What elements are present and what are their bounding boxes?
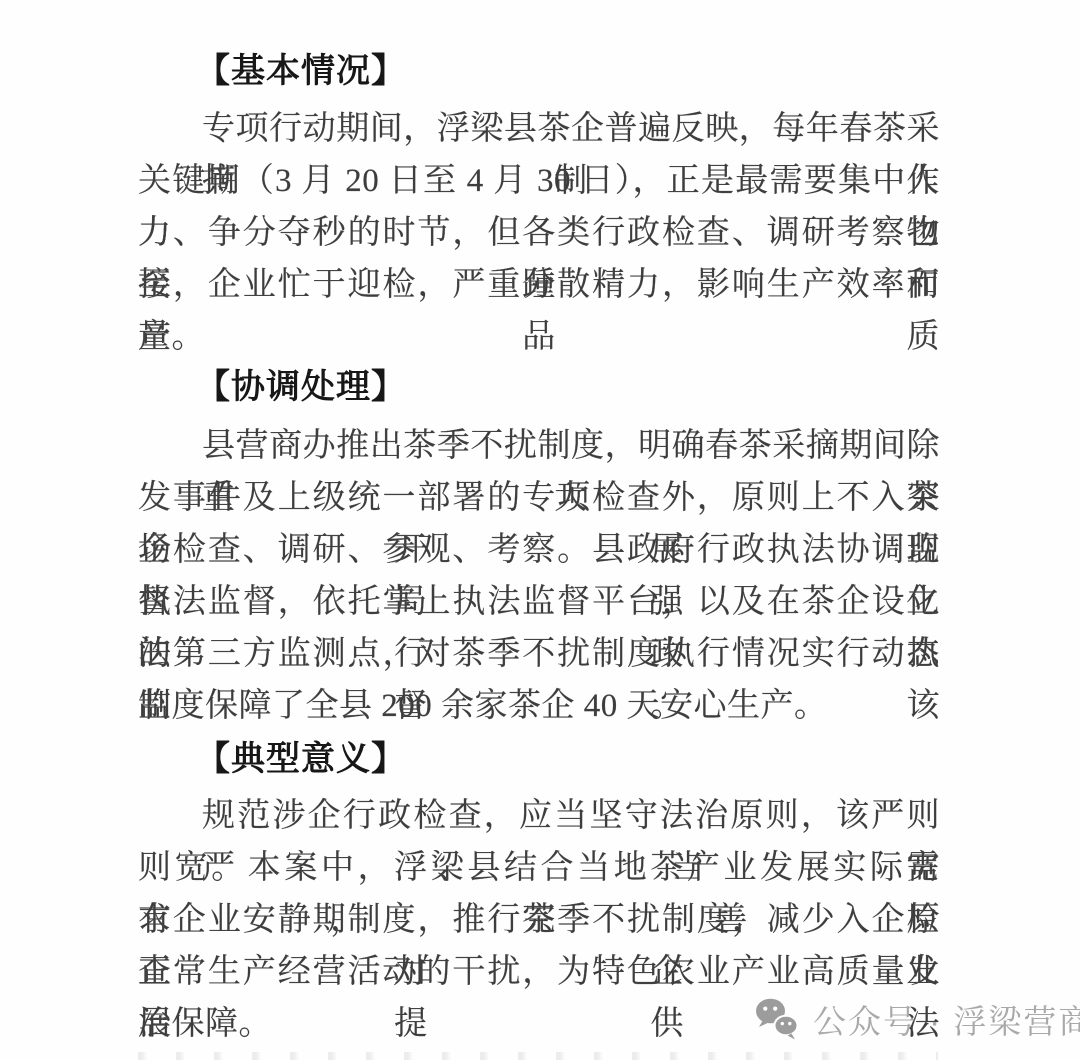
paragraph-line: 县营商办推出茶季不扰制度，明确春茶采摘期间除重大突 (138, 420, 940, 472)
paragraph-basic-situation: 专项行动期间，浮梁县茶企普遍反映，每年春茶采摘制作 关键期（3 月 20 日至 … (138, 103, 940, 363)
paragraph-line: 执法监督，依托掌上执法监督平台，以及在茶企设立的行政执 (138, 576, 940, 628)
paragraph-line: 场检查、调研、参观、考察。县政府行政执法协调监督局强化 (138, 524, 940, 576)
section-heading-typical-significance: 【典型意义】 (138, 740, 940, 780)
paragraph-line: 制度保障了全县 200 余家茶企 40 天安心生产。 (138, 680, 940, 732)
paragraph-line: 有企业安静期制度，推行茶季不扰制度，减少入企检查对企业 (138, 894, 940, 946)
document-page: 【基本情况】 专项行动期间，浮梁县茶企普遍反映，每年春茶采摘制作 关键期（3 月… (0, 0, 1080, 1060)
paragraph-line: 则宽。本案中，浮梁县结合当地茶产业发展实际需求，完善原 (138, 842, 940, 894)
section-heading-coordination-handling: 【协调处理】 (138, 368, 940, 408)
wechat-icon (754, 997, 801, 1042)
paragraph-line: 至，企业忙于迎检，严重分散精力，影响生产效率和产品质 (138, 259, 940, 311)
paragraph-line: 法第三方监测点，对茶季不扰制度执行情况实行动态监督。该 (138, 628, 940, 680)
watermark: 公众号 · 浮梁营商 (754, 996, 1080, 1042)
paragraph-line: 关键期（3 月 20 日至 4 月 30 日），正是最需要集中人力物 (138, 155, 940, 207)
paragraph-line: 正常生产经营活动的干扰，为特色农业产业高质量发展提供法 (138, 946, 940, 998)
paragraph-line: 专项行动期间，浮梁县茶企普遍反映，每年春茶采摘制作 (138, 103, 940, 155)
paragraph-line: 力、争分夺秒的时节，但各类行政检查、调研考察也接踵而 (138, 207, 940, 259)
paragraph-line: 发事件及上级统一部署的专项检查外，原则上不入茶企开展现 (138, 472, 940, 524)
section-heading-basic-situation: 【基本情况】 (138, 52, 940, 92)
cutoff-text-strip (138, 1052, 938, 1060)
watermark-label: 公众号 · 浮梁营商 (813, 996, 1080, 1043)
paragraph-coordination-handling: 县营商办推出茶季不扰制度，明确春茶采摘期间除重大突 发事件及上级统一部署的专项检… (138, 420, 940, 732)
paragraph-line: 规范涉企行政检查，应当坚守法治原则，该严则严、当宽 (138, 790, 940, 842)
